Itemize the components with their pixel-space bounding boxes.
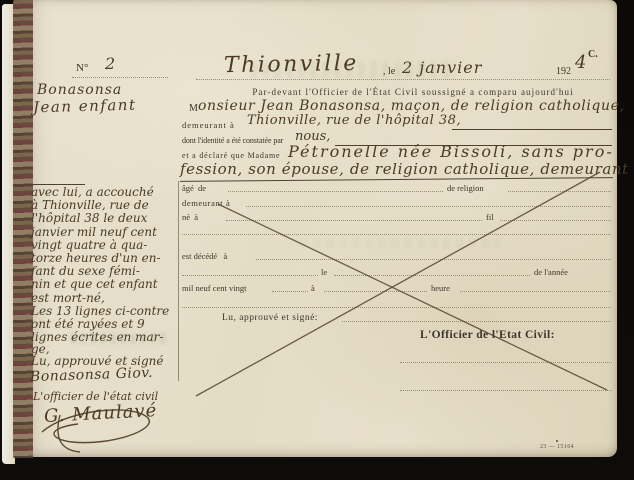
strike-line (218, 204, 607, 390)
strike-line (196, 172, 600, 396)
annotations-overlay (0, 0, 634, 480)
scanned-register-page: C. N° 2 Thionville , le 2 janvier 192 4 … (0, 0, 634, 480)
signature-flourish (42, 410, 149, 452)
